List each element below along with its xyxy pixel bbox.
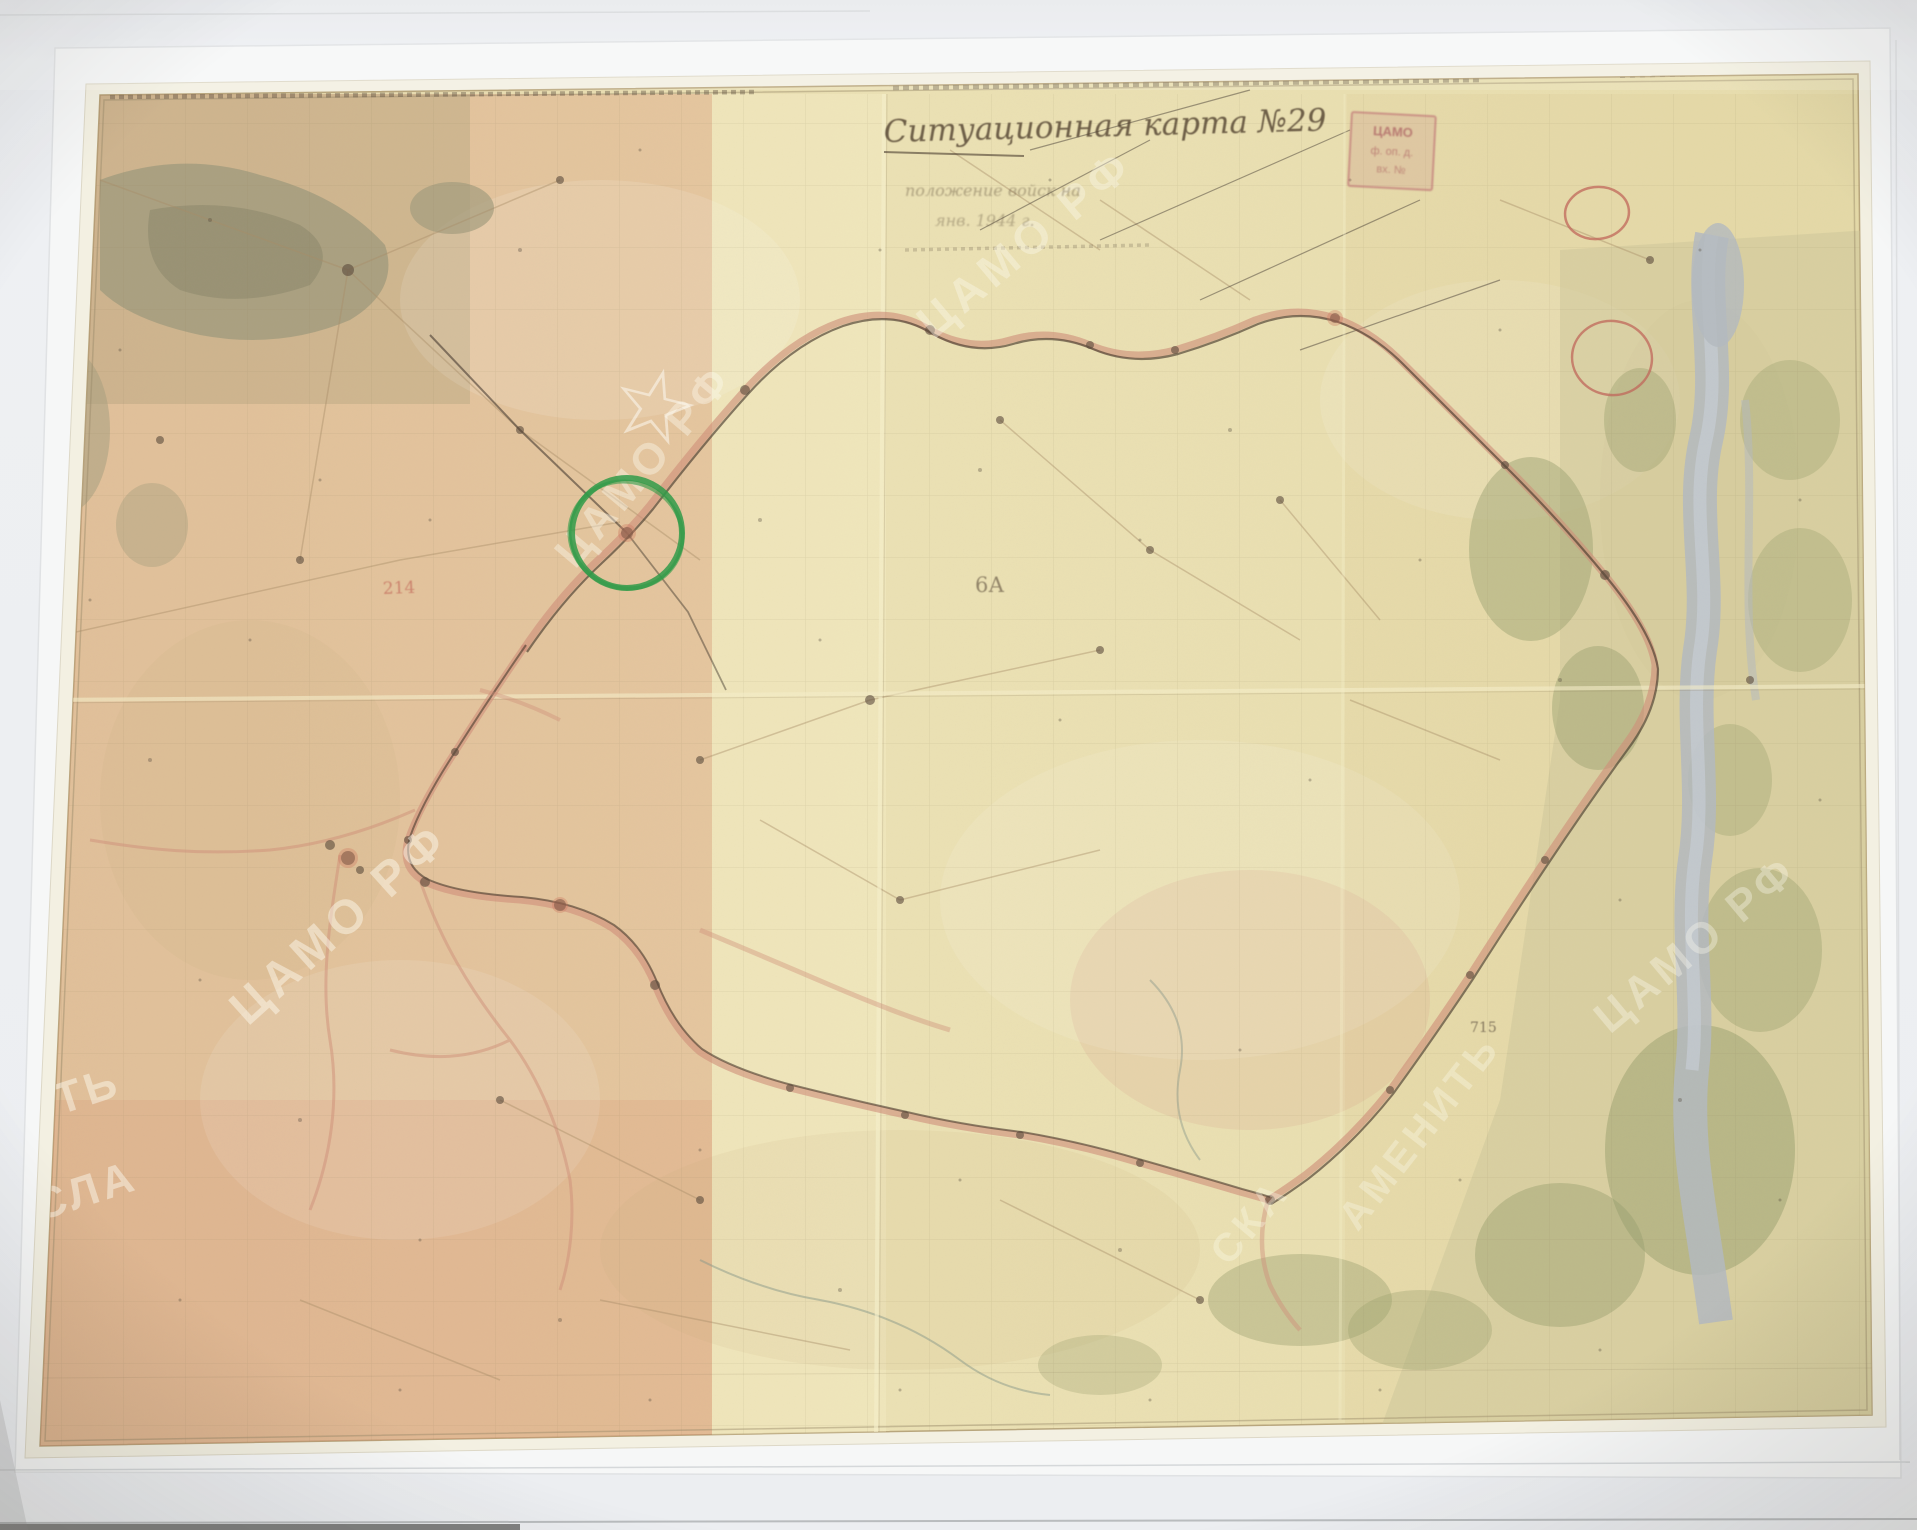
photo-vignette bbox=[0, 0, 1917, 1530]
map-photo-canvas: ЦАМО РФ ЦАМО РФ ЦАМО РФ ЦАМО РФ ИТЬ СЛА … bbox=[0, 0, 1917, 1530]
top-light bbox=[0, 0, 1917, 90]
photo-of-archival-map: ЦАМО РФ ЦАМО РФ ЦАМО РФ ЦАМО РФ ИТЬ СЛА … bbox=[0, 0, 1917, 1530]
